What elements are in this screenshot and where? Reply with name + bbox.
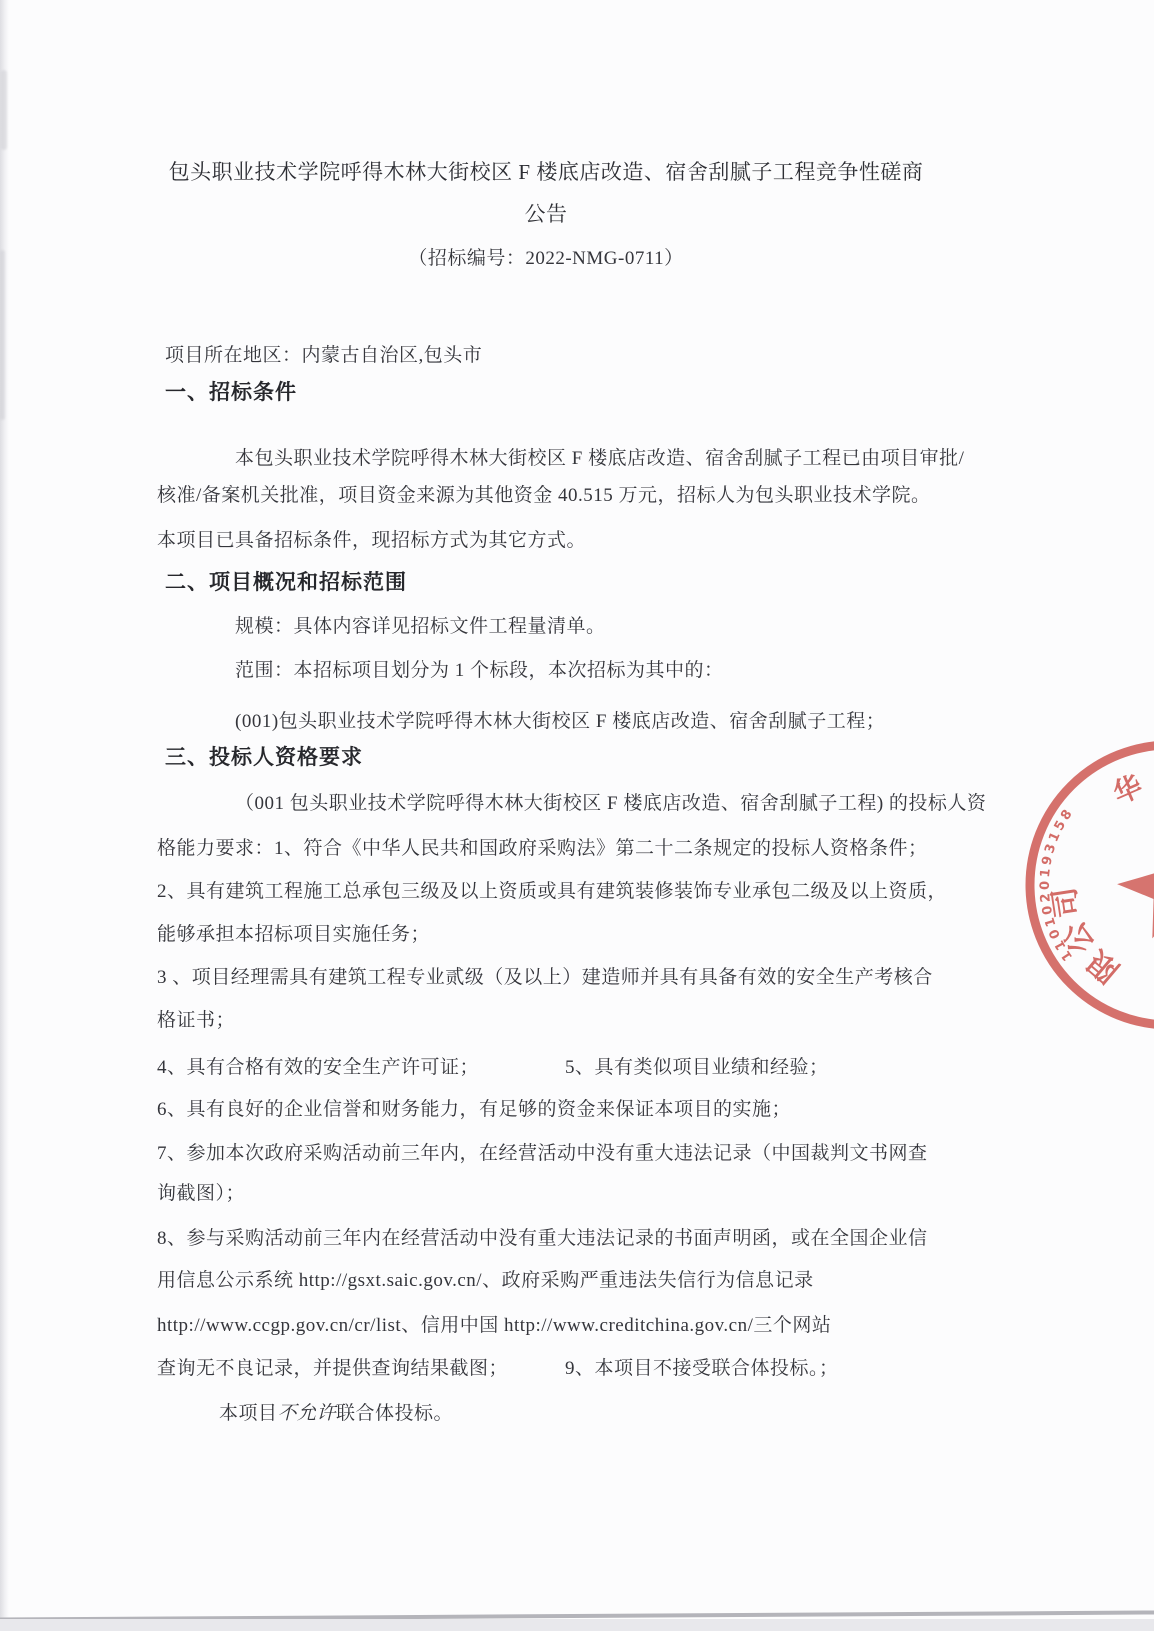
section3-line9b: 询截图）； <box>157 1179 935 1209</box>
requirement-4: 4、具有合格有效的安全生产许可证； <box>157 1057 479 1078</box>
section3-line10a: 8、参与采购活动前三年内在经营活动中没有重大违法记录的书面声明函，或在全国企业信 <box>157 1224 935 1254</box>
section3-line10b: 用信息公示系统 http://gsxt.saic.gov.cn/、政府采购严重违… <box>157 1266 935 1296</box>
doc-title-line1: 包头职业技术学院呼得木林大街校区 F 楼底店改造、宿舍刮腻子工程竞争性磋商 <box>157 157 935 187</box>
section1-line2: 核准/备案机关批准，项目资金来源为其他资金 40.515 万元，招标人为包头职业… <box>157 481 935 511</box>
requirement-5: 5、具有类似项目业绩和经验； <box>565 1053 829 1083</box>
scan-smudge <box>1 70 7 150</box>
seal-star-icon <box>1107 820 1154 943</box>
section1-line1: 本包头职业技术学院呼得木林大街校区 F 楼底店改造、宿舍刮腻子工程已由项目审批/ <box>157 444 1013 474</box>
company-seal-stamp: 1101020193158 华 限公司 <box>1022 737 1154 1037</box>
requirement-9: 9、本项目不接受联合体投标。； <box>565 1354 839 1384</box>
section1-heading: 一、招标条件 <box>165 378 943 408</box>
section3-line9a: 7、参加本次政府采购活动前三年内，在经营活动中没有重大违法记录（中国裁判文书网查 <box>157 1139 935 1169</box>
scan-bottom-edge-shadow <box>0 1619 1154 1631</box>
closing-post: 联合体投标。 <box>336 1403 453 1424</box>
section3-line10c: http://www.ccgp.gov.cn/cr/list、信用中国 http… <box>157 1311 935 1341</box>
project-location: 项目所在地区：内蒙古自治区,包头市 <box>165 341 943 371</box>
section3-heading: 三、投标人资格要求 <box>165 743 943 773</box>
closing-emphasis: 不允许 <box>278 1403 337 1424</box>
section3-line1: （001 包头职业技术学院呼得木林大街校区 F 楼底店改造、宿舍刮腻子工程) 的… <box>157 789 1013 819</box>
section3-line3: 2、具有建筑工程施工总承包三级及以上资质或具有建筑装修装饰专业承包二级及以上资质… <box>157 877 935 907</box>
scan-left-edge-shadow <box>0 0 9 1631</box>
section2-line3: (001)包头职业技术学院呼得木林大街校区 F 楼底店改造、宿舍刮腻子工程； <box>157 707 1013 737</box>
scan-smudge <box>0 250 5 420</box>
section3-line11: 查询无不良记录，并提供查询结果截图； 9、本项目不接受联合体投标。； <box>157 1354 935 1384</box>
section2-line2: 范围：本招标项目划分为 1 个标段，本次招标为其中的： <box>157 656 1013 686</box>
document-body: 包头职业技术学院呼得木林大街校区 F 楼底店改造、宿舍刮腻子工程竞争性磋商 公告… <box>157 0 935 1631</box>
query-records-text: 查询无不良记录，并提供查询结果截图； <box>157 1358 508 1379</box>
section3-line4: 能够承担本招标项目实施任务； <box>157 920 935 950</box>
scanned-document-page: 包头职业技术学院呼得木林大街校区 F 楼底店改造、宿舍刮腻子工程竞争性磋商 公告… <box>0 0 1154 1631</box>
closing-statement: 本项目不允许联合体投标。 <box>157 1399 997 1429</box>
tender-number: （招标编号：2022-NMG-0711） <box>157 244 935 274</box>
section3-line2: 格能力要求：1、符合《中华人民共和国政府采购法》第二十二条规定的投标人资格条件； <box>157 834 935 864</box>
closing-pre: 本项目 <box>219 1403 278 1424</box>
section2-heading: 二、项目概况和招标范围 <box>165 568 943 598</box>
section1-line3: 本项目已具备招标条件，现招标方式为其它方式。 <box>157 526 935 556</box>
section2-line1: 规模：具体内容详见招标文件工程量清单。 <box>157 612 1013 642</box>
section3-line5: 3 、项目经理需具有建筑工程专业贰级（及以上）建造师并具有具备有效的安全生产考核… <box>157 963 935 993</box>
section3-line7: 4、具有合格有效的安全生产许可证； 5、具有类似项目业绩和经验； <box>157 1053 935 1083</box>
doc-title-line2: 公告 <box>157 199 935 229</box>
seal-company-name-top: 华 <box>1109 770 1147 810</box>
section3-line8: 6、具有良好的企业信誉和财务能力，有足够的资金来保证本项目的实施； <box>157 1095 935 1125</box>
section3-line6: 格证书； <box>157 1006 935 1036</box>
